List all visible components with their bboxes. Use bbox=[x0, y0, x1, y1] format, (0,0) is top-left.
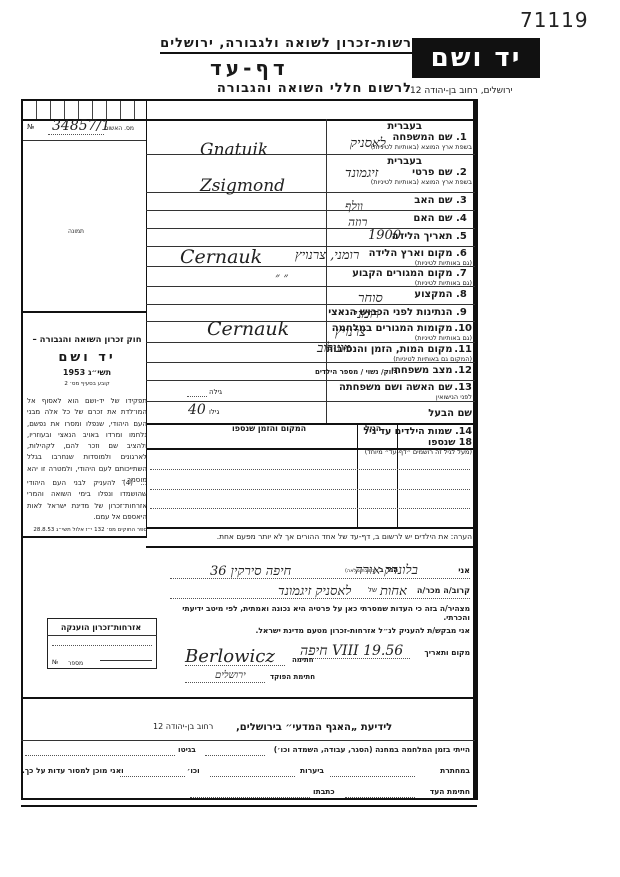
children-row bbox=[150, 508, 470, 509]
birth-place-value: רומני, צרנויץ bbox=[295, 247, 359, 263]
citizenship-value: רומני bbox=[354, 306, 379, 322]
family-name-latin: Gnatuik bbox=[200, 140, 268, 160]
note-text: הערה: את הילדים יש לרשום ב, דף-עד של אחד… bbox=[150, 532, 472, 541]
husband-age-label: גילו bbox=[209, 408, 219, 416]
law-text-1: תפקידו של יד-ושם הוא לאסוף אל המו־לדת את… bbox=[27, 396, 147, 486]
birth-place-latin: Cernauk bbox=[180, 246, 262, 268]
law-reference: ספר החוקים מס׳ 132 י״ז אלול תשי״ג 28.8.5… bbox=[27, 527, 147, 533]
form-subtitle: לרשום חללי השואה והגבורה bbox=[217, 81, 412, 96]
header-address: ירושלים, רחוב בן-יהודה 12 bbox=[410, 86, 513, 96]
request-text: אני מבקש/ת להעניק לנ״ל אזרחות-זכרון מטעם… bbox=[170, 626, 470, 635]
family-name-hebrew: לאסניק bbox=[350, 135, 386, 151]
relation-value: אחות bbox=[380, 583, 407, 599]
info-section-title: לידיעת „האגף המדעי״ בירושלים, bbox=[236, 722, 392, 733]
residing-label: הגר ב (כתובת מלאה) bbox=[345, 566, 398, 574]
memorial-number-symbol: № bbox=[52, 659, 58, 666]
of-label: של bbox=[368, 586, 377, 594]
info-line-2-start: במחתרת bbox=[440, 766, 470, 775]
law-title: חוק זכרון השואה והגבורה – bbox=[28, 335, 146, 345]
registration-label: מס. האשור bbox=[105, 125, 134, 132]
field-label-citizenship: 9. הנתינות לפני הכבוש הנאצי bbox=[325, 307, 472, 318]
registration-number: 34857/1 bbox=[52, 118, 110, 134]
declarant-address: חיפה סירקין 36 bbox=[210, 563, 291, 579]
husband-age-value: 40 bbox=[188, 402, 206, 418]
profession-value: סוחר bbox=[358, 290, 383, 306]
signature-value: Berlowicz bbox=[185, 646, 275, 667]
relation-label: קרוב/ה מכר/ה bbox=[417, 586, 470, 595]
wartime-residence-latin: Cernauk bbox=[207, 318, 289, 340]
registration-symbol: № bbox=[27, 123, 34, 131]
witness-signature-label: חתימת העד bbox=[430, 787, 470, 796]
residence-value: ״ ״ bbox=[275, 270, 288, 285]
field-label-residence: 7. מקום המגורים הקבוע(גם באותיות לטיניות… bbox=[325, 268, 472, 287]
children-place-header: המקום והזמן שנספו bbox=[232, 424, 306, 433]
info-line-2-mid2: וכו׳ bbox=[187, 766, 200, 775]
law-text-2: ... (4) להעניק לבני העם היהודי שהושמדו ו… bbox=[27, 478, 147, 523]
info-line-2-mid1: ביערות bbox=[300, 766, 324, 775]
law-year: תשי״ג 1953 bbox=[28, 368, 146, 377]
place-date-label: מקום ותאריך bbox=[424, 648, 470, 657]
marital-status-label: רווק/ נשוי / מספר הילדים bbox=[315, 368, 398, 376]
code-cells bbox=[23, 101, 145, 119]
field-label-family-name: 1. שם המשפחהבשפת ארץ המוצא (באותיות לטינ… bbox=[325, 132, 472, 151]
field-label-husband-name: שם הבעל bbox=[325, 408, 472, 419]
officer-signature-label: חתימת הפוקד bbox=[270, 673, 315, 681]
first-name-hebrew: זיגמונד bbox=[345, 165, 378, 181]
children-row bbox=[150, 489, 470, 490]
wife-age-label: גילה bbox=[209, 388, 222, 396]
memorial-number-label: מספר bbox=[68, 660, 83, 667]
hebrew-header-1: בעברית bbox=[387, 121, 422, 132]
law-source: קובע בסעיף מס׳ 2 bbox=[28, 381, 146, 387]
officer-signature-value: ירושלים bbox=[215, 670, 246, 681]
archive-number: 71119 bbox=[520, 8, 589, 32]
info-line-1-start: הייתי בזמן המלחמה במחנה (הסגר, עבודה, הש… bbox=[274, 745, 470, 754]
frame-right-border bbox=[475, 99, 478, 800]
photo-label: תמונה bbox=[68, 228, 84, 235]
info-line-2-end: ואני מוכן למסור עדות על כך. bbox=[22, 766, 124, 775]
signature-label: חתימה bbox=[292, 656, 314, 664]
mother-name-value: רוזה bbox=[348, 215, 367, 230]
relation-of-value: לאסניק זיגמונד bbox=[278, 583, 351, 599]
children-age-header: הגיל bbox=[365, 424, 381, 433]
declaration-text: מצהיר/ה בזה כי העדות שמסרתי כאן על פרטיה… bbox=[170, 604, 470, 622]
death-place-value: מוגילוב bbox=[317, 340, 351, 356]
declaration-i-label: אני bbox=[458, 566, 470, 575]
children-row bbox=[150, 469, 470, 470]
witness-address-label: כתבתו bbox=[313, 787, 335, 796]
father-name-value: וולף bbox=[345, 199, 363, 214]
wartime-residence-value: צרנויץ bbox=[335, 324, 366, 340]
field-label-wife-name: 13. שם האשה ושם משפחתהלפני הנישואין bbox=[325, 382, 472, 401]
hebrew-header-2: בעברית bbox=[387, 156, 422, 167]
birth-date-value: 1900 bbox=[368, 228, 401, 243]
info-section-address: רחוב בן-יהודה 12 bbox=[153, 722, 213, 731]
authority-line: רשות-זכרון לשואה ולגבורה, ירושלים bbox=[160, 36, 412, 54]
form-title: דף-עד bbox=[210, 56, 289, 80]
memorial-box-title: אזרחות־זכרון הוענקה bbox=[50, 623, 152, 632]
law-name: יד ושם bbox=[28, 350, 146, 365]
info-line-1-end: בגיטו bbox=[178, 745, 196, 754]
first-name-latin: Zsigmond bbox=[200, 176, 285, 196]
yad-vashem-logo: יד ושם bbox=[412, 38, 540, 78]
field-label-profession: 8. המקצוע bbox=[325, 289, 472, 300]
